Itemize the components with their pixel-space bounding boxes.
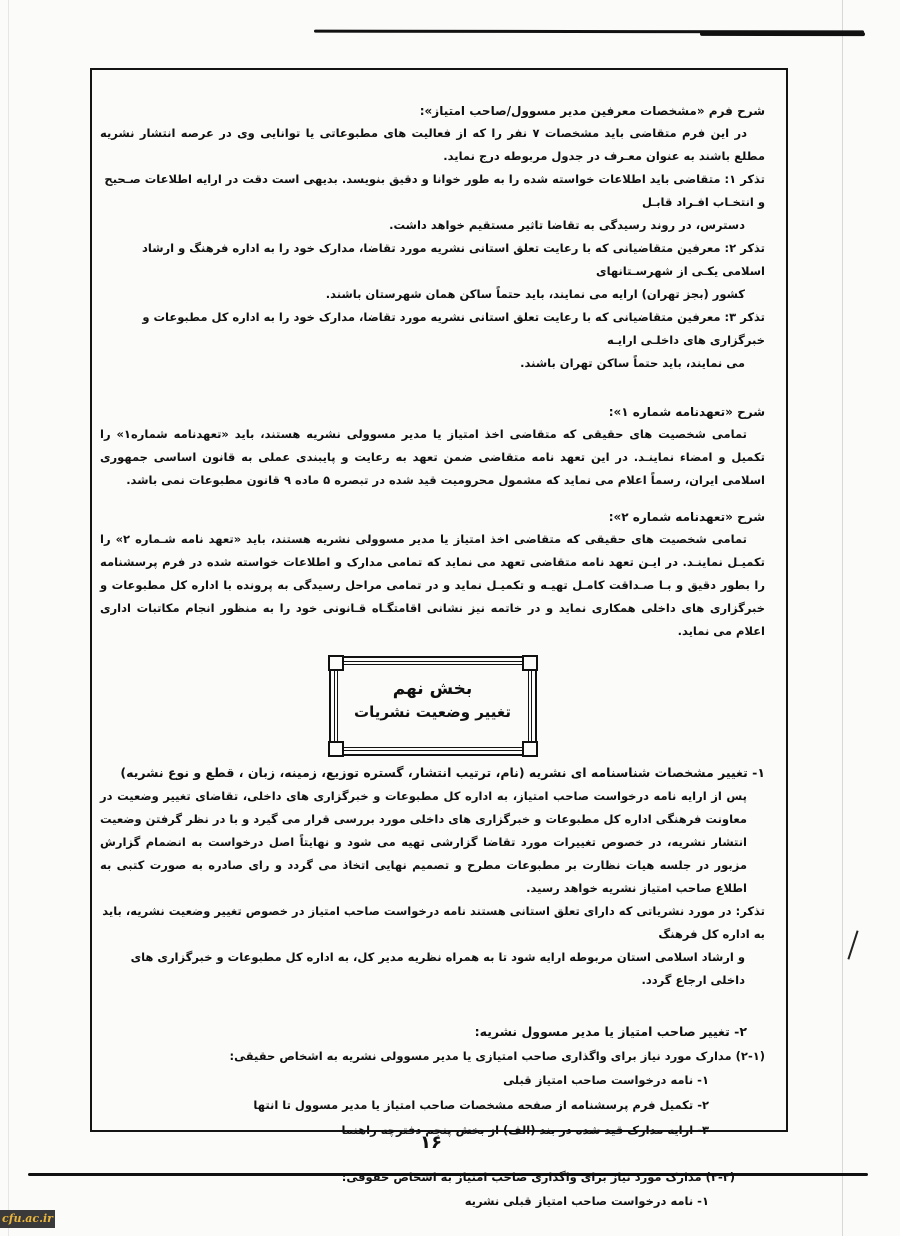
- ornament-corner-icon: [328, 655, 344, 671]
- pen-mark: [847, 930, 858, 959]
- section-body: در این فرم متقاضی باید مشخصات ۷ نفر را ک…: [100, 122, 765, 168]
- section-body: تمامی شخصیت های حقیقی که متقاضی اخذ امتی…: [100, 528, 765, 643]
- note-cont: و ارشاد اسلامی استان مربوطه ارایه شود تا…: [100, 946, 765, 992]
- chapter-banner: بخش نهم تغییر وضعیت نشریات: [334, 661, 532, 751]
- section-body: تمامی شخصیت های حقیقی که متقاضی اخذ امتی…: [100, 423, 765, 492]
- list-item: ۲- تکمیل فرم پرسشنامه از صفحه مشخصات صاح…: [100, 1093, 709, 1118]
- list-item: ۳- ارایه مدارک قید شده در بند (الف) از ب…: [100, 1118, 709, 1143]
- note-text: متقاضی باید اطلاعات خواسته شده را به طور…: [104, 172, 765, 209]
- note-cont: کشور (بجز تهران) ارایه می نمایند، باید ح…: [100, 283, 765, 306]
- bottom-rule: [28, 1173, 868, 1176]
- item-body: پس از ارایه نامه درخواست صاحب امتیاز، به…: [100, 785, 765, 900]
- ornament-corner-icon: [522, 741, 538, 757]
- chapter-number: بخش نهم: [338, 679, 528, 699]
- item-title: ۱- تغییر مشخصات شناسنامه ای نشریه (نام، …: [100, 761, 765, 785]
- ornament-corner-icon: [522, 655, 538, 671]
- note-3: تذکر ۳: معرفین متقاضیانی که با رعایت تعل…: [100, 306, 765, 375]
- ornament-corner-icon: [328, 741, 344, 757]
- page-number: ۱۶: [420, 1132, 442, 1153]
- list-item: ۱- نامه درخواست صاحب امتیاز قبلی نشریه: [100, 1189, 709, 1214]
- note-text: معرفین متقاضیانی که با رعایت تعلق استانی…: [142, 310, 765, 347]
- note-text: در مورد نشریاتی که دارای تعلق استانی هست…: [102, 904, 765, 941]
- section-pledge-2: شرح «تعهدنامه شماره ۲»: تمامی شخصیت های …: [100, 506, 765, 643]
- section-title: شرح «تعهدنامه شماره ۲»:: [100, 506, 765, 528]
- watermark-logo: cfu.ac.ir: [0, 1210, 55, 1228]
- item-title: ۲- تغییر صاحب امتیاز یا مدیر مسوول نشریه…: [100, 1020, 765, 1044]
- chapter-title: تغییر وضعیت نشریات: [338, 703, 528, 721]
- item-2-owner-change: ۲- تغییر صاحب امتیاز یا مدیر مسوول نشریه…: [100, 1020, 765, 1214]
- scan-edge: [8, 0, 9, 1236]
- sub2-list: ۱- نامه درخواست صاحب امتیاز قبلی نشریه: [100, 1189, 765, 1214]
- sub1-title: (۲-۱) مدارک مورد نیاز برای واگذاری صاحب …: [100, 1044, 765, 1068]
- list-item: ۱- نامه درخواست صاحب امتیاز قبلی: [100, 1068, 709, 1093]
- fold-line: [842, 0, 843, 1236]
- section-pledge-1: شرح «تعهدنامه شماره ۱»: تمامی شخصیت های …: [100, 401, 765, 492]
- section-title: شرح فرم «مشخصات معرفین مدیر مسوول/صاحب ا…: [100, 100, 765, 122]
- note-label: تذکر:: [736, 904, 765, 918]
- note-2: تذکر ۲: معرفین متقاضیانی که با رعایت تعل…: [100, 237, 765, 306]
- item-note: تذکر: در مورد نشریاتی که دارای تعلق استا…: [100, 900, 765, 992]
- section-form-referees: شرح فرم «مشخصات معرفین مدیر مسوول/صاحب ا…: [100, 100, 765, 375]
- page-content: شرح فرم «مشخصات معرفین مدیر مسوول/صاحب ا…: [100, 100, 765, 1214]
- section-title: شرح «تعهدنامه شماره ۱»:: [100, 401, 765, 423]
- item-1-identity-change: ۱- تغییر مشخصات شناسنامه ای نشریه (نام، …: [100, 761, 765, 992]
- sub2-title: (۲-۲) مدارک مورد نیاز برای واگذاری صاحب …: [100, 1165, 765, 1189]
- note-cont: می نمایند، باید حتماً ساکن تهران باشند.: [100, 352, 765, 375]
- note-label: تذکر ۱:: [725, 172, 765, 186]
- note-label: تذکر ۲:: [725, 241, 765, 255]
- note-text: معرفین متقاضیانی که با رعایت تعلق استانی…: [142, 241, 765, 278]
- note-label: تذکر ۳:: [725, 310, 765, 324]
- note-1: تذکر ۱: متقاضی باید اطلاعات خواسته شده ر…: [100, 168, 765, 237]
- note-cont: دسترس، در روند رسیدگی به تقاضا تاثیر مست…: [100, 214, 765, 237]
- top-rule-thick: [700, 32, 865, 36]
